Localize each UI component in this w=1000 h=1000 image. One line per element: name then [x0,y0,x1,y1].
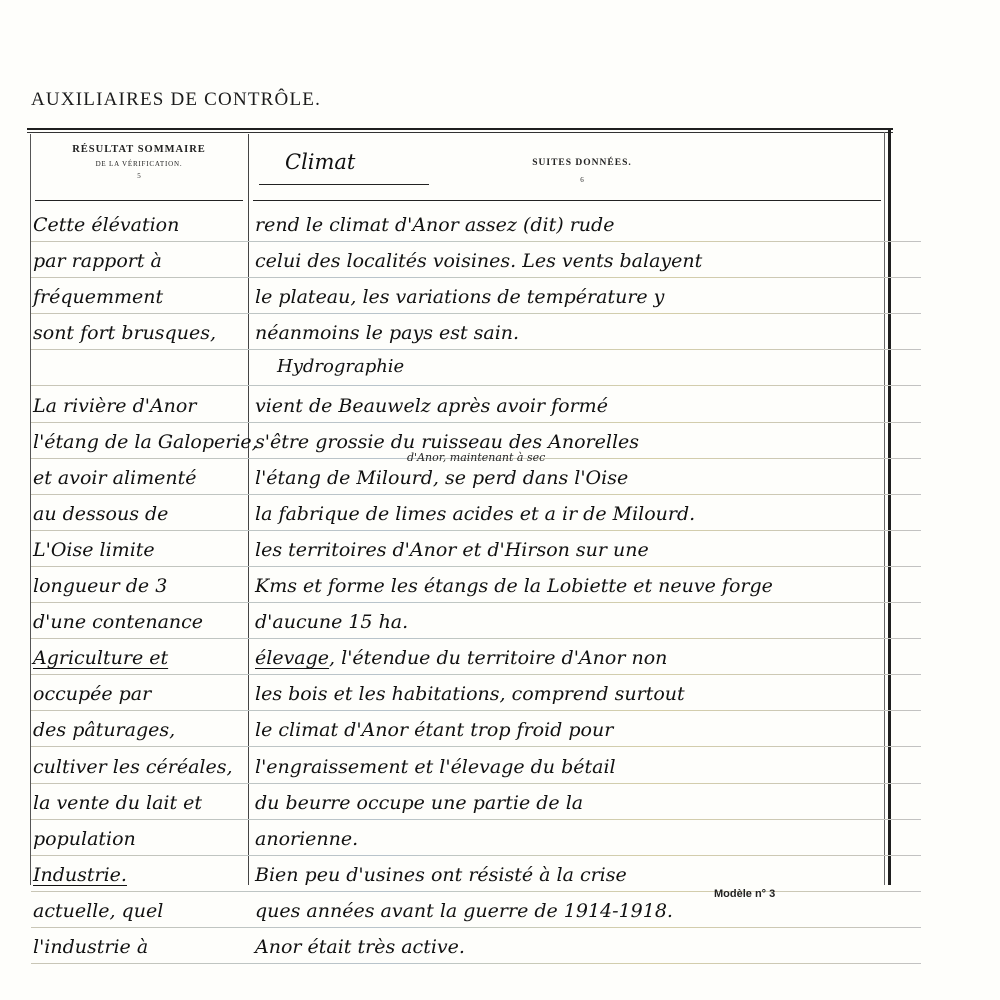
handwritten-line: des pâturages,le climat d'Anor étant tro… [27,715,947,749]
handwritten-right-text: l'étang de Milourd, se perd dans l'Oise [255,467,628,489]
handwritten-left-text: occupée par [33,683,249,705]
handwritten-left-text: actuelle, quel [33,900,249,922]
handwritten-left-text: par rapport à [33,250,249,272]
handwritten-line: Hydrographie [27,354,947,388]
handwritten-right-text: la fabrique de limes acides et a ir de M… [255,503,695,525]
handwritten-right-text: néanmoins le pays est sain. [255,322,519,344]
handwritten-left-text: Industrie. [33,864,249,886]
handwritten-right-text: anorienne. [255,828,358,850]
column-header-result: RÉSULTAT SOMMAIRE DE LA VÉRIFICATION. 5 [35,144,243,180]
handwritten-left-text: cultiver les céréales, [33,756,249,778]
handwritten-right-text: élevage, l'étendue du territoire d'Anor … [255,647,667,669]
handwritten-line: fréquemmentle plateau, les variations de… [27,282,947,316]
handwritten-right-text: Anor était très active. [255,936,465,958]
handwritten-left-text: longueur de 3 [33,575,249,597]
column-header-result-number: 5 [35,172,243,180]
handwritten-left-text: la vente du lait et [33,792,249,814]
control-form: RÉSULTAT SOMMAIRE DE LA VÉRIFICATION. 5 … [27,128,893,885]
handwritten-right-text: l'engraissement et l'élevage du bétail [255,756,616,778]
handwritten-line: La rivière d'Anorvient de Beauwelz après… [27,391,947,425]
handwritten-right-text: vient de Beauwelz après avoir formé [255,395,608,417]
handwritten-right-text: Bien peu d'usines ont résisté à la crise [255,864,627,886]
handwritten-line: Cette élévationrend le climat d'Anor ass… [27,210,947,244]
handwritten-line: la vente du lait etdu beurre occupe une … [27,788,947,822]
handwritten-right-text: Kms et forme les étangs de la Lobiette e… [255,575,773,597]
column-header-follow-up-title: SUITES DONNÉES. [492,158,672,168]
handwritten-left-text: des pâturages, [33,719,249,741]
column-header-follow-up-number: 6 [492,176,672,184]
handwritten-left-text: sont fort brusques, [33,322,249,344]
form-top-border-inner [27,132,893,133]
handwritten-line: par rapport àcelui des localités voisine… [27,246,947,280]
handwritten-right-text: du beurre occupe une partie de la [255,792,583,814]
handwritten-line: cultiver les céréales,l'engraissement et… [27,752,947,786]
handwritten-left-text: La rivière d'Anor [33,395,249,417]
handwritten-line: populationanorienne. [27,824,947,858]
handwritten-left-text: au dessous de [33,503,249,525]
handwritten-line: actuelle, quelques années avant la guerr… [27,896,947,930]
handwritten-right-text: celui des localités voisines. Les vents … [255,250,702,272]
handwritten-left-text: et avoir alimenté [33,467,249,489]
handwritten-line: occupée parles bois et les habitations, … [27,679,947,713]
form-top-border [27,128,893,130]
handwritten-left-text: Cette élévation [33,214,249,236]
handwritten-left-text: fréquemment [33,286,249,308]
handwritten-left-text: L'Oise limite [33,539,249,561]
handwritten-left-text: population [33,828,249,850]
subsection-heading: Hydrographie [277,356,404,377]
handwritten-insertion: d'Anor, maintenant à sec [407,451,545,464]
handwritten-right-text: rend le climat d'Anor assez (dit) rude [255,214,614,236]
handwritten-right-text: les bois et les habitations, comprend su… [255,683,685,705]
handwritten-line: longueur de 3Kms et forme les étangs de … [27,571,947,605]
handwritten-left-text: Agriculture et [33,647,249,669]
column-header-result-subtitle: DE LA VÉRIFICATION. [35,160,243,168]
handwritten-right-text: le plateau, les variations de températur… [255,286,664,308]
handwritten-line: et avoir alimentél'étang de Milourd, se … [27,463,947,497]
handwritten-right-text: les territoires d'Anor et d'Hirson sur u… [255,539,649,561]
handwritten-line: l'industrie àAnor était très active. [27,932,947,966]
handwritten-line: sont fort brusques,néanmoins le pays est… [27,318,947,352]
section-title-handwritten: Climat [285,150,355,174]
handwritten-left-text: d'une contenance [33,611,249,633]
handwritten-right-text: ques années avant la guerre de 1914-1918… [255,900,673,922]
handwritten-line: Industrie.Bien peu d'usines ont résisté … [27,860,947,894]
handwritten-right-text: le climat d'Anor étant trop froid pour [255,719,613,741]
handwritten-line: L'Oise limiteles territoires d'Anor et d… [27,535,947,569]
column-header-follow-up: SUITES DONNÉES. 6 [492,158,672,184]
handwritten-left-text: l'industrie à [33,936,249,958]
model-number-label: Modèle n° 3 [714,888,775,900]
handwritten-line: au dessous dela fabrique de limes acides… [27,499,947,533]
column-header-result-title: RÉSULTAT SOMMAIRE [35,144,243,155]
handwritten-right-text: d'aucune 15 ha. [255,611,408,633]
handwritten-left-text: l'étang de la Galoperie, [33,431,249,453]
header-divider-left [35,200,243,201]
header-divider-right [253,200,881,201]
section-title-underline [259,184,429,185]
handwritten-line: d'une contenanced'aucune 15 ha. [27,607,947,641]
handwritten-line: Agriculture etélevage, l'étendue du terr… [27,643,947,677]
handwritten-right-text: s'être grossie du ruisseau des Anorelles [255,431,639,453]
page-title: AUXILIAIRES DE CONTRÔLE. [31,89,321,111]
